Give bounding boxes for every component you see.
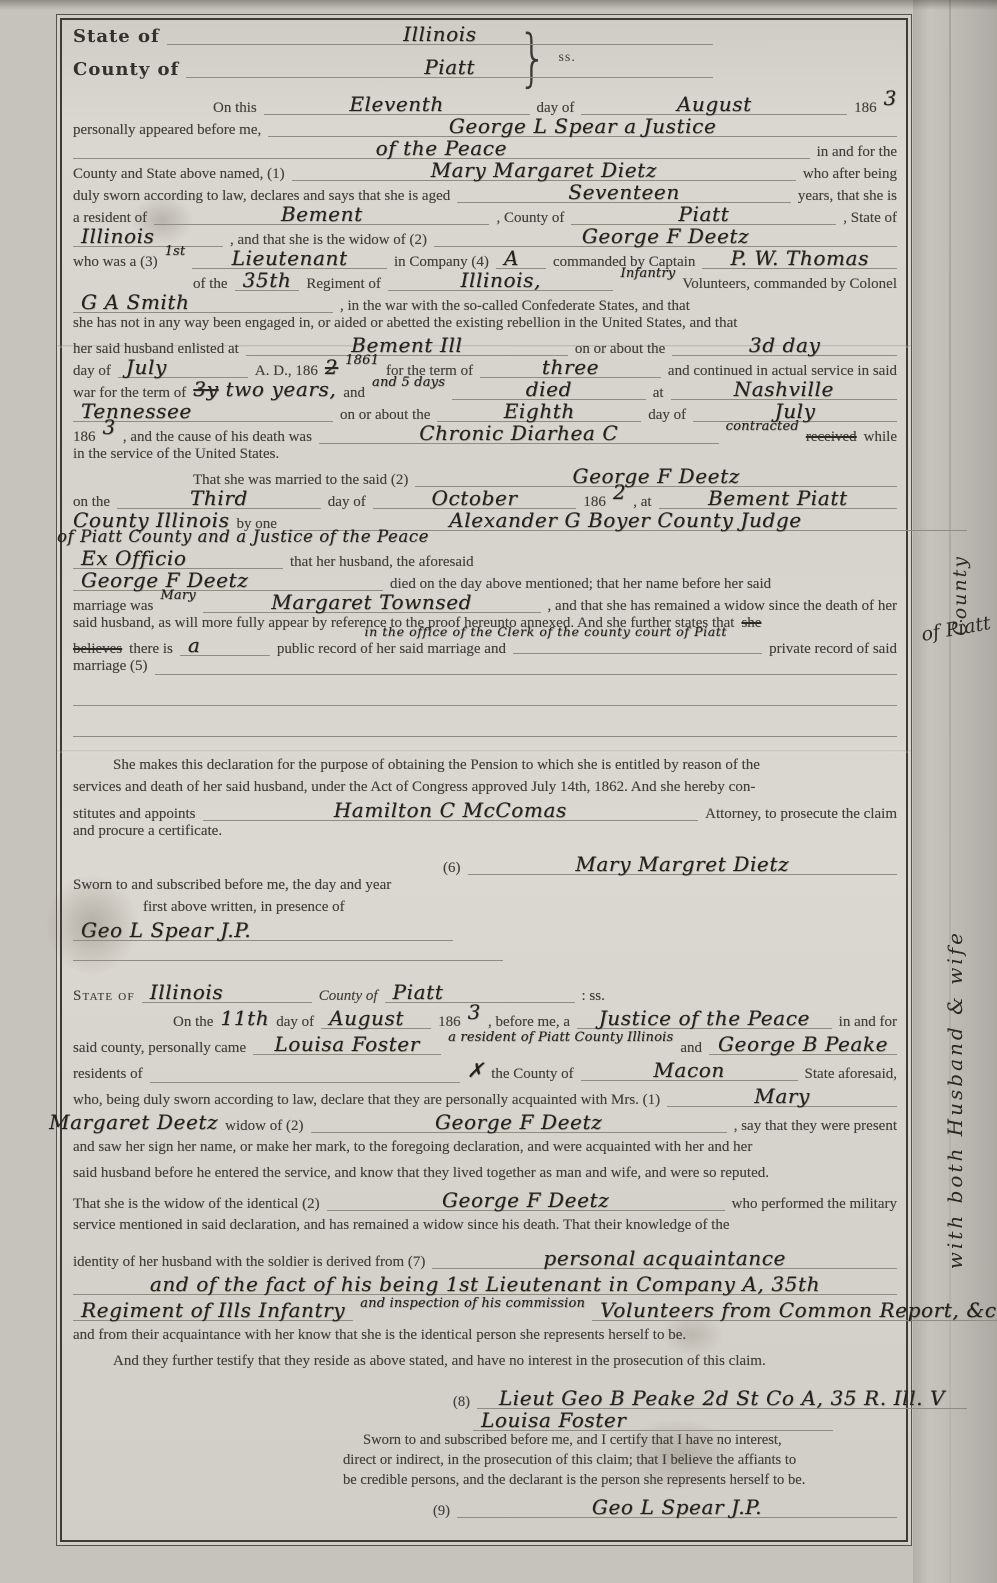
printed-text: who after being — [803, 166, 897, 183]
handwritten-entry: October — [373, 488, 577, 509]
form-line: George F Deetzdied on the day above ment… — [73, 571, 897, 593]
printed-text: service mentioned in said declaration, a… — [73, 1217, 730, 1234]
form-line: service mentioned in said declaration, a… — [73, 1217, 897, 1243]
handwritten-entry: and of the fact of his being 1st Lieuten… — [73, 1274, 897, 1295]
blank-line — [150, 1070, 460, 1083]
witness-affidavit-section: State ofIllinoisCounty ofPiatt: ss.On th… — [73, 983, 897, 1379]
form-line: County ofPiatt — [73, 58, 713, 91]
printed-text: Sworn to and subscribed before me, and I… — [363, 1432, 782, 1449]
handwritten-entry: Illinois — [73, 226, 223, 247]
handwritten-entry: ✗ — [467, 1060, 484, 1080]
form-line: (6)Mary Margret Dietz — [73, 855, 897, 877]
printed-text: : ss. — [582, 988, 605, 1005]
printed-text: (6) — [443, 860, 461, 877]
printed-text: and — [680, 1040, 702, 1057]
handwritten-entry: Lieutenant — [192, 248, 387, 269]
printed-text: , say that they were present — [734, 1118, 897, 1135]
handwritten-entry: Macon — [581, 1060, 798, 1081]
form-line: of the35thRegiment ofIllinois,InfantryVo… — [73, 271, 897, 293]
form-line: She makes this declaration for the purpo… — [73, 757, 897, 779]
handwritten-entry: Hamilton C McComas — [203, 800, 699, 821]
printed-label: County of — [73, 59, 179, 80]
printed-label: State of — [73, 26, 160, 47]
printed-text: at — [653, 385, 664, 402]
printed-text: On this — [213, 100, 257, 117]
form-line: in the service of the United States. — [73, 446, 897, 467]
form-line: marriage (5) — [73, 658, 897, 679]
handwritten-entry: Illinois — [167, 24, 713, 45]
handwritten-entry: George F Deetz — [73, 570, 383, 591]
handwritten-entry: 3d day — [672, 335, 897, 356]
handwritten-entry: Bement Piatt — [659, 488, 897, 509]
handwritten-entry: two years, — [226, 379, 337, 399]
printed-text: Attorney, to prosecute the claim — [705, 806, 897, 823]
printed-text: of the — [193, 276, 228, 293]
handwritten-entry: three — [480, 357, 661, 378]
printed-text: day of — [328, 494, 366, 511]
printed-text: , in the war with the so-called Confeder… — [340, 298, 690, 315]
handwritten-entry: Eighth — [437, 401, 641, 422]
printed-text: 186 — [854, 100, 877, 117]
handwritten-insert: Mary — [160, 589, 195, 602]
handwritten-entry: Piatt — [186, 57, 713, 78]
handwritten-entry: Geo L Spear J.P. — [73, 920, 453, 941]
printed-text: who, being duly sworn according to law, … — [73, 1092, 660, 1109]
handwritten-entry: George F Deetz — [327, 1190, 725, 1211]
handwritten-entry: Regiment of Ills Infantry — [73, 1300, 353, 1321]
printed-text: Sworn to and subscribed before me, the d… — [73, 877, 391, 894]
printed-text: (8) — [453, 1394, 470, 1411]
printed-text: said husband before he entered the servi… — [73, 1165, 769, 1182]
printed-text-struck: she — [741, 615, 761, 632]
handwritten-entry: Illinois, — [388, 270, 614, 291]
page-edge-shading — [913, 0, 997, 1583]
printed-text: private record of said — [769, 641, 897, 658]
handwritten-entry: George B Peake — [709, 1034, 897, 1055]
caption-section: }ss. State ofIllinoisCounty ofPiatt — [73, 25, 897, 91]
handwritten-entry: Lieut Geo B Peake 2d St Co A, 35 R. Ill.… — [477, 1388, 967, 1409]
page-crease — [949, 0, 951, 1583]
handwritten-entry: A — [496, 248, 546, 269]
printed-text: who was a (3) — [73, 254, 158, 271]
handwritten-insert: and inspection of his commission — [360, 1297, 585, 1310]
printed-text: in and for — [839, 1014, 897, 1031]
fold-crease — [57, 750, 911, 753]
declaration-section: On thisEleventhday ofAugust1863personall… — [73, 95, 897, 741]
handwritten-entry: July — [118, 357, 248, 378]
handwritten-entry: 3 — [884, 88, 897, 108]
printed-text: State aforesaid, — [805, 1066, 897, 1083]
handwritten-entry: Louisa Foster — [473, 1410, 833, 1431]
printed-text: in and for the — [817, 144, 897, 161]
printed-text: public record of her said marriage and — [277, 641, 506, 658]
handwritten-insert: a resident of Piatt County Illinois — [448, 1031, 673, 1044]
form-line: G A Smith, in the war with the so-called… — [73, 293, 897, 315]
printed-text: day of — [276, 1014, 314, 1031]
form-line — [73, 689, 897, 710]
handwritten-entry: George F Deetz — [311, 1112, 727, 1133]
handwritten-entry: of Piatt County and a Justice of the Pea… — [57, 529, 429, 546]
printed-text: and from their acquaintance with her kno… — [73, 1327, 686, 1344]
handwritten-entry: died — [452, 379, 646, 400]
handwritten-insert: 1861 — [345, 354, 379, 367]
handwritten-entry: Louisa Foster — [253, 1034, 441, 1055]
printed-text: And they further testify that they resid… — [113, 1353, 766, 1370]
handwritten-entry: Justice of the Peace — [577, 1008, 832, 1029]
handwritten-insert: Infantry — [620, 267, 675, 280]
printed-text: services and death of her said husband, … — [73, 779, 755, 796]
printed-text: County of — [319, 988, 378, 1005]
handwritten-entry-struck: 3y — [193, 379, 218, 399]
blank-line — [155, 662, 897, 675]
handwritten-insert: and 5 days — [372, 376, 445, 389]
printed-text: day of — [73, 363, 111, 380]
printed-text: that her husband, the aforesaid — [290, 554, 474, 571]
blank-line — [513, 641, 762, 654]
handwritten-entry: George F Deetz — [434, 226, 897, 247]
printed-text: , and that she has remained a widow sinc… — [548, 598, 897, 615]
printed-text: and procure a certificate. — [73, 823, 222, 840]
printed-text: marriage (5) — [73, 658, 148, 675]
handwritten-entry: Piatt — [571, 204, 836, 225]
handwritten-entry: personal acquaintance — [432, 1248, 897, 1269]
printed-text: stitutes and appoints — [73, 806, 196, 823]
margin-note: with both Husband & wife — [943, 930, 967, 1269]
printed-text: there is — [129, 641, 173, 658]
handwritten-entry: 35th — [235, 270, 300, 291]
handwritten-entry: of the Peace — [73, 138, 810, 159]
handwritten-entry: 3 — [468, 1002, 481, 1022]
handwritten-entry: August — [321, 1008, 431, 1029]
form-line — [73, 943, 897, 965]
printed-text: State of — [73, 988, 135, 1005]
form-line: stitutes and appointsHamilton C McComasA… — [73, 801, 897, 823]
handwritten-entry: Margaret Deetz — [49, 1112, 218, 1132]
printed-text: in the service of the United States. — [73, 446, 279, 463]
printed-text: the County of — [491, 1066, 574, 1083]
form-line: said county, personally cameLouisa Foste… — [73, 1035, 897, 1061]
handwritten-entry: Mary — [667, 1086, 897, 1107]
handwritten-entry: Chronic Diarhea C — [319, 423, 719, 444]
form-line: And they further testify that they resid… — [73, 1353, 897, 1379]
form-line: Margaret Deetzwidow of (2)George F Deetz… — [49, 1113, 897, 1139]
handwritten-entry: G A Smith — [73, 292, 333, 313]
form-line: 1863, and the cause of his death wasChro… — [73, 424, 897, 446]
printed-text: personally appeared before me, — [73, 122, 261, 139]
form-line: direct or indirect, in the prosecution o… — [73, 1452, 897, 1472]
document-scan: }ss. State ofIllinoisCounty ofPiatt On t… — [0, 0, 997, 1583]
form-line: a resident ofBement, County ofPiatt, Sta… — [73, 205, 897, 227]
handwritten-entry: 3 — [103, 417, 116, 437]
printed-text: said county, personally came — [73, 1040, 246, 1057]
printed-text: who performed the military — [732, 1196, 897, 1213]
blank-line — [73, 724, 897, 737]
form-line: marriage wasMaryMargaret Townsed, and th… — [73, 593, 897, 615]
printed-text: marriage was — [73, 598, 153, 615]
handwritten-entry: Mary Margaret Dietz — [292, 160, 796, 181]
form-line: County and State above named, (1)Mary Ma… — [73, 161, 897, 183]
handwritten-entry: Mary Margret Dietz — [468, 854, 898, 875]
printed-text: She makes this declaration for the purpo… — [113, 757, 760, 774]
form-line: be credible persons, and the declarant i… — [73, 1472, 897, 1492]
printed-text: on or about the — [340, 407, 430, 424]
form-line: Sworn to and subscribed before me, and I… — [73, 1432, 897, 1452]
printed-text: That she is the widow of the identical (… — [73, 1196, 320, 1213]
handwritten-insert: 1st — [165, 245, 186, 258]
printed-text: , State of — [843, 210, 897, 227]
handwritten-entry: Seventeen — [457, 182, 791, 203]
handwritten-entry: Eleventh — [264, 94, 530, 115]
printed-text: County and State above named, (1) — [73, 166, 285, 183]
printed-text: On the — [173, 1014, 213, 1031]
handwritten-insert: contracted — [726, 420, 799, 433]
printed-text: 186 — [438, 1014, 461, 1031]
printed-text-struck: believes — [73, 641, 122, 658]
printed-text: identity of her husband with the soldier… — [73, 1254, 425, 1271]
printed-text: while — [864, 429, 897, 446]
handwritten-insert: in the office of the Clerk of the county… — [364, 626, 727, 639]
blank-line — [73, 693, 897, 706]
printed-text: day of — [648, 407, 686, 424]
pension-declaration-page: }ss. State ofIllinoisCounty ofPiatt On t… — [56, 14, 912, 1546]
handwritten-entry-struck: 2 — [325, 357, 338, 377]
handwritten-entry: a — [180, 635, 270, 656]
form-line — [73, 720, 897, 741]
printed-text: , before me, a — [488, 1014, 570, 1031]
handwritten-entry: 2 — [613, 482, 626, 502]
form-line: That she is the widow of the identical (… — [73, 1191, 897, 1217]
handwritten-entry: Bement Ill — [246, 335, 568, 356]
handwritten-entry: P. W. Thomas — [702, 248, 897, 269]
handwritten-entry: Ex Officio — [73, 548, 283, 569]
printed-text: first above written, in presence of — [143, 899, 345, 916]
printed-text: years, that she is — [798, 188, 897, 205]
printed-text: Regiment of — [306, 276, 381, 293]
printed-text: and saw her sign her name, or make her m… — [73, 1139, 752, 1156]
handwritten-entry: Nashville — [671, 379, 897, 400]
printed-text: be credible persons, and the declarant i… — [343, 1472, 805, 1489]
purpose-and-attorney-section: She makes this declaration for the purpo… — [73, 757, 897, 965]
printed-text: residents of — [73, 1066, 143, 1083]
handwritten-entry: Margaret Townsed — [203, 592, 541, 613]
handwritten-entry: George L Spear a Justice — [268, 116, 897, 137]
handwritten-entry: August — [581, 94, 847, 115]
handwritten-entry: Volunteers from Common Report, &c — [592, 1300, 997, 1321]
jurat-section: (8)Lieut Geo B Peake 2d St Co A, 35 R. I… — [73, 1389, 897, 1520]
form-line: believesthere isapublic record of her sa… — [73, 636, 897, 658]
printed-text: 186 — [73, 429, 96, 446]
form-line: (9)Geo L Spear J.P. — [73, 1498, 897, 1520]
printed-text: (9) — [433, 1503, 450, 1520]
handwritten-entry: Third — [117, 488, 321, 509]
printed-text: and — [343, 385, 365, 402]
form-line: and from their acquaintance with her kno… — [73, 1327, 897, 1353]
handwritten-entry: Bement — [154, 204, 489, 225]
form-line: Geo L Spear J.P. — [73, 921, 897, 943]
form-line: war for the term of3ytwo years,andand 5 … — [73, 380, 897, 402]
handwritten-entry: Geo L Spear J.P. — [457, 1497, 897, 1518]
form-line: Regiment of Ills Infantryand inspection … — [73, 1301, 897, 1327]
printed-text: direct or indirect, in the prosecution o… — [343, 1452, 796, 1469]
handwritten-entry: George F Deetz — [415, 466, 897, 487]
printed-text-struck: received — [806, 429, 857, 446]
blank-line — [73, 948, 503, 961]
printed-text: , and the cause of his death was — [123, 429, 312, 446]
form-line: Sworn to and subscribed before me, the d… — [73, 877, 897, 899]
handwritten-entry: Illinois — [142, 982, 312, 1003]
printed-text: duly sworn according to law, declares an… — [73, 188, 450, 205]
form-line: duly sworn according to law, declares an… — [73, 183, 897, 205]
form-line: State ofIllinois — [73, 25, 713, 58]
printed-text: widow of (2) — [225, 1118, 303, 1135]
printed-text: , County of — [496, 210, 564, 227]
handwritten-entry: 11th — [220, 1008, 269, 1028]
form-line: and saw her sign her name, or make her m… — [73, 1139, 897, 1165]
form-line: Louisa Foster — [73, 1411, 897, 1432]
printed-text: Volunteers, commanded by Colonel — [682, 276, 897, 293]
form-line: her said husband enlisted atBement Illon… — [73, 336, 897, 358]
printed-text: she has not in any way been engaged in, … — [73, 315, 737, 332]
form-line: and procure a certificate. — [73, 823, 897, 845]
